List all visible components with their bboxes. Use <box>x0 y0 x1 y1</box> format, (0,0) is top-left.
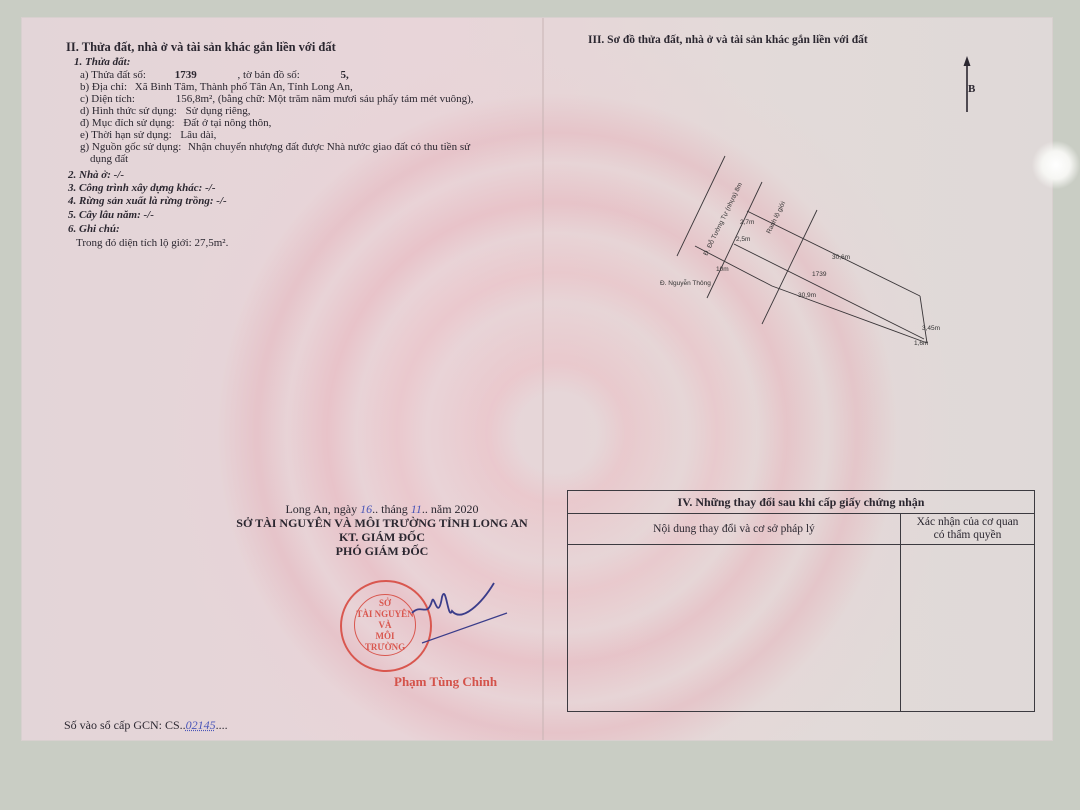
address-label: b) Địa chỉ: <box>80 81 127 93</box>
light-glare <box>1032 140 1080 190</box>
day-value: 16 <box>360 502 372 516</box>
land-parcel-heading: 1. Thửa đất: <box>74 56 130 68</box>
svg-text:1739: 1739 <box>812 271 827 278</box>
content-cell <box>568 545 901 712</box>
parcel-number-row: a) Thửa đất số: 1739 , tờ bản đồ số: 5, <box>80 69 349 81</box>
svg-text:Đ. Nguyễn Thông: Đ. Nguyễn Thông <box>660 278 711 287</box>
area-row: c) Diện tích: 156,8m², (bằng chữ: Một tr… <box>80 93 474 105</box>
house-value: -/- <box>114 169 124 181</box>
confirm-header-line-2: có thẩm quyền <box>934 529 1002 541</box>
other-works-row: 3. Công trình xây dựng khác: -/- <box>68 182 215 194</box>
svg-text:3,45m: 3,45m <box>922 325 940 332</box>
purpose-row: đ) Mục đích sử dụng: Đất ở tại nông thôn… <box>80 117 271 129</box>
origin-row: g) Nguồn gốc sử dụng: Nhận chuyển nhượng… <box>80 141 470 153</box>
usage-form-value: Sử dụng riêng, <box>186 105 251 117</box>
address-value: Xã Bình Tâm, Thành phố Tân An, Tỉnh Long… <box>135 81 353 93</box>
confirm-cell <box>901 545 1035 712</box>
svg-text:Ranh lộ giới: Ranh lộ giới <box>766 200 788 235</box>
term-label: e) Thời hạn sử dụng: <box>80 129 172 141</box>
forest-value: -/- <box>216 195 226 207</box>
confirm-header-line-1: Xác nhận của cơ quan <box>917 516 1019 528</box>
section-iv-title: IV. Những thay đổi sau khi cấp giấy chứn… <box>568 491 1035 514</box>
parcel-number: 1739 <box>175 69 235 81</box>
svg-text:30,6m: 30,6m <box>832 254 850 261</box>
area-label: c) Diện tích: <box>80 93 135 105</box>
column-confirm-header: Xác nhận của cơ quan có thẩm quyền <box>901 514 1035 545</box>
column-content-header: Nội dung thay đổi và cơ sở pháp lý <box>568 514 901 545</box>
area-value: 156,8m², (bằng chữ: Một trăm năm mươi sá… <box>176 93 474 105</box>
changes-table: IV. Những thay đổi sau khi cấp giấy chứn… <box>567 490 1035 712</box>
map-sheet-label: , tờ bản đồ số: <box>237 69 299 81</box>
origin-label: g) Nguồn gốc sử dụng: <box>80 141 181 153</box>
svg-text:2,5m: 2,5m <box>736 236 750 243</box>
house-row: 2. Nhà ở: -/- <box>68 169 124 181</box>
page-fold <box>542 18 544 740</box>
forest-label: 4. Rừng sản xuất là rừng trồng: <box>68 195 214 207</box>
purpose-value: Đất ở tại nông thôn, <box>183 117 271 129</box>
signer-position: PHÓ GIÁM ĐỐC <box>222 544 542 558</box>
notes-value: Trong đó diện tích lộ giới: 27,5m². <box>76 237 228 249</box>
signature-block: Long An, ngày 16.. tháng 11.. năm 2020 S… <box>222 502 542 558</box>
on-behalf-of: KT. GIÁM ĐỐC <box>222 530 542 544</box>
parcel-diagram: Đ. Đỗ Tường Tự (nhựa) 8m Ranh lộ giới 2,… <box>622 146 952 356</box>
perennial-row: 5. Cây lâu năm: -/- <box>68 209 154 221</box>
month-value: 11 <box>411 502 422 516</box>
perennial-label: 5. Cây lâu năm: <box>68 209 141 221</box>
section-iii-title: III. Sơ đồ thửa đất, nhà ở và tài sản kh… <box>588 34 868 46</box>
north-arrow-icon: B <box>962 56 982 116</box>
issuing-agency: SỞ TÀI NGUYÊN VÀ MÔI TRƯỜNG TỈNH LONG AN <box>222 516 542 530</box>
origin-continued: dụng đất <box>90 153 128 165</box>
house-label: 2. Nhà ở: <box>68 169 111 181</box>
registry-value: 02145 <box>186 718 216 732</box>
section-ii-title: II. Thửa đất, nhà ở và tài sản khác gắn … <box>66 40 336 55</box>
other-works-label: 3. Công trình xây dựng khác: <box>68 182 202 194</box>
forest-row: 4. Rừng sản xuất là rừng trồng: -/- <box>68 195 227 207</box>
parcel-number-label: a) Thửa đất số: <box>80 69 146 81</box>
place-date: Long An, ngày 16.. tháng 11.. năm 2020 <box>222 502 542 516</box>
perennial-value: -/- <box>143 209 153 221</box>
svg-text:B: B <box>968 83 976 95</box>
handwritten-signature <box>402 573 512 653</box>
map-sheet-number: 5, <box>341 69 349 81</box>
registry-number: Số vào sổ cấp GCN: CS..02145.... <box>64 718 228 733</box>
purpose-label: đ) Mục đích sử dụng: <box>80 117 175 129</box>
usage-form-row: d) Hình thức sử dụng: Sử dụng riêng, <box>80 105 251 117</box>
origin-value: Nhận chuyển nhượng đất được Nhà nước gia… <box>188 141 470 153</box>
other-works-value: -/- <box>205 182 215 194</box>
land-certificate-sheet: II. Thửa đất, nhà ở và tài sản khác gắn … <box>22 18 1052 740</box>
notes-label: 6. Ghi chú: <box>68 223 120 235</box>
signer-name: Phạm Tùng Chinh <box>394 674 497 690</box>
term-value: Lâu dài, <box>180 129 216 141</box>
svg-text:1,6m: 1,6m <box>914 340 928 347</box>
month-label: tháng <box>381 502 408 516</box>
svg-text:2,7m: 2,7m <box>740 219 754 226</box>
place-date-prefix: Long An, ngày <box>285 502 357 516</box>
address-row: b) Địa chỉ: Xã Bình Tâm, Thành phố Tân A… <box>80 81 353 93</box>
usage-form-label: d) Hình thức sử dụng: <box>80 105 177 117</box>
seal-line-1: SỞ <box>379 598 391 609</box>
registry-label: Số vào sổ cấp GCN: CS <box>64 718 180 732</box>
svg-text:10m: 10m <box>716 266 729 273</box>
year-value: năm 2020 <box>431 502 479 516</box>
term-row: e) Thời hạn sử dụng: Lâu dài, <box>80 129 216 141</box>
svg-text:30,9m: 30,9m <box>798 292 816 299</box>
